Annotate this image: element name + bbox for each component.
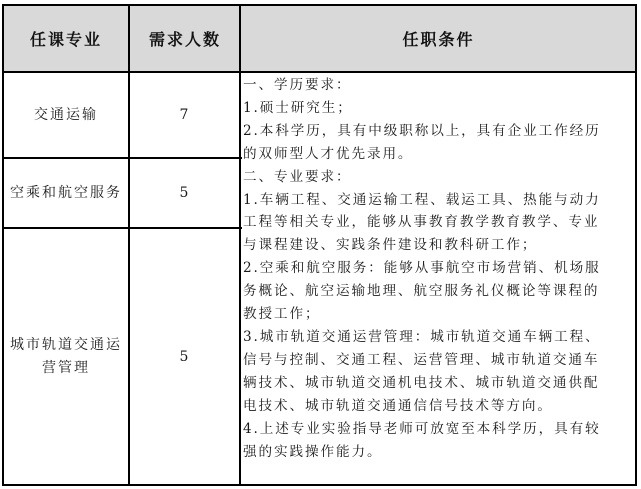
- row-divider: [2, 227, 242, 229]
- major-cell: 交通运输: [2, 72, 130, 158]
- header-major: 任课专业: [2, 4, 130, 72]
- row-divider: [2, 157, 242, 159]
- requirement-line: 务概论、航空运输地理、航空服务礼仪概论等课程的: [243, 280, 635, 303]
- requirement-line: 强的实践操作能力。: [243, 441, 635, 464]
- header-divider: [2, 71, 637, 73]
- requirement-line: 1.车辆工程、交通运输工程、载运工具、热能与动力: [243, 189, 635, 212]
- requirement-line: 的双师型人才优先录用。: [243, 143, 635, 166]
- header-count: 需求人数: [130, 4, 240, 72]
- requirement-line: 3.城市轨道交通运营管理：城市轨道交通车辆工程、: [243, 326, 635, 349]
- column-divider: [128, 4, 130, 486]
- count-cell: 5: [130, 158, 240, 228]
- table-border-bottom: [2, 484, 637, 486]
- requirement-line: 信号与控制、交通工程、运营管理、城市轨道交通车: [243, 349, 635, 372]
- recruitment-table: 任课专业 需求人数 任职条件 交通运输 7 空乘和航空服务 5 城市轨道交通运 …: [2, 4, 637, 486]
- major-line: 营管理: [42, 357, 90, 380]
- count-cell: 5: [130, 228, 240, 486]
- requirement-line: 与课程建设、实践条件建设和教科研工作；: [243, 234, 635, 257]
- table-border-right: [635, 4, 637, 486]
- requirement-line: 2.空乘和航空服务：能够从事航空市场营销、机场服: [243, 257, 635, 280]
- major-cell: 城市轨道交通运 营管理: [2, 228, 130, 486]
- requirement-line: 1.硕士研究生；: [243, 97, 635, 120]
- requirement-line: 4.上述专业实验指导老师可放宽至本科学历，具有较: [243, 418, 635, 441]
- table-border-top: [2, 4, 637, 6]
- header-requirements: 任职条件: [240, 4, 637, 72]
- major-line: 城市轨道交通运: [10, 334, 122, 357]
- requirement-line: 电技术、城市轨道交通通信信号技术等方向。: [243, 395, 635, 418]
- requirement-line: 辆技术、城市轨道交通机电技术、城市轨道交通供配: [243, 372, 635, 395]
- table-border-left: [2, 4, 4, 486]
- requirements-cell: 一、学历要求： 1.硕士研究生； 2.本科学历，具有中级职称以上，具有企业工作经…: [242, 74, 637, 486]
- requirement-line: 工程等相关专业，能够从事教育教学教育教学、专业: [243, 211, 635, 234]
- requirement-line: 2.本科学历，具有中级职称以上，具有企业工作经历: [243, 120, 635, 143]
- requirement-line: 教授工作；: [243, 303, 635, 326]
- requirement-line: 一、学历要求：: [243, 74, 635, 97]
- column-divider: [239, 4, 241, 486]
- count-cell: 7: [130, 72, 240, 158]
- requirement-line: 二、专业要求：: [243, 166, 635, 189]
- major-cell: 空乘和航空服务: [2, 158, 130, 228]
